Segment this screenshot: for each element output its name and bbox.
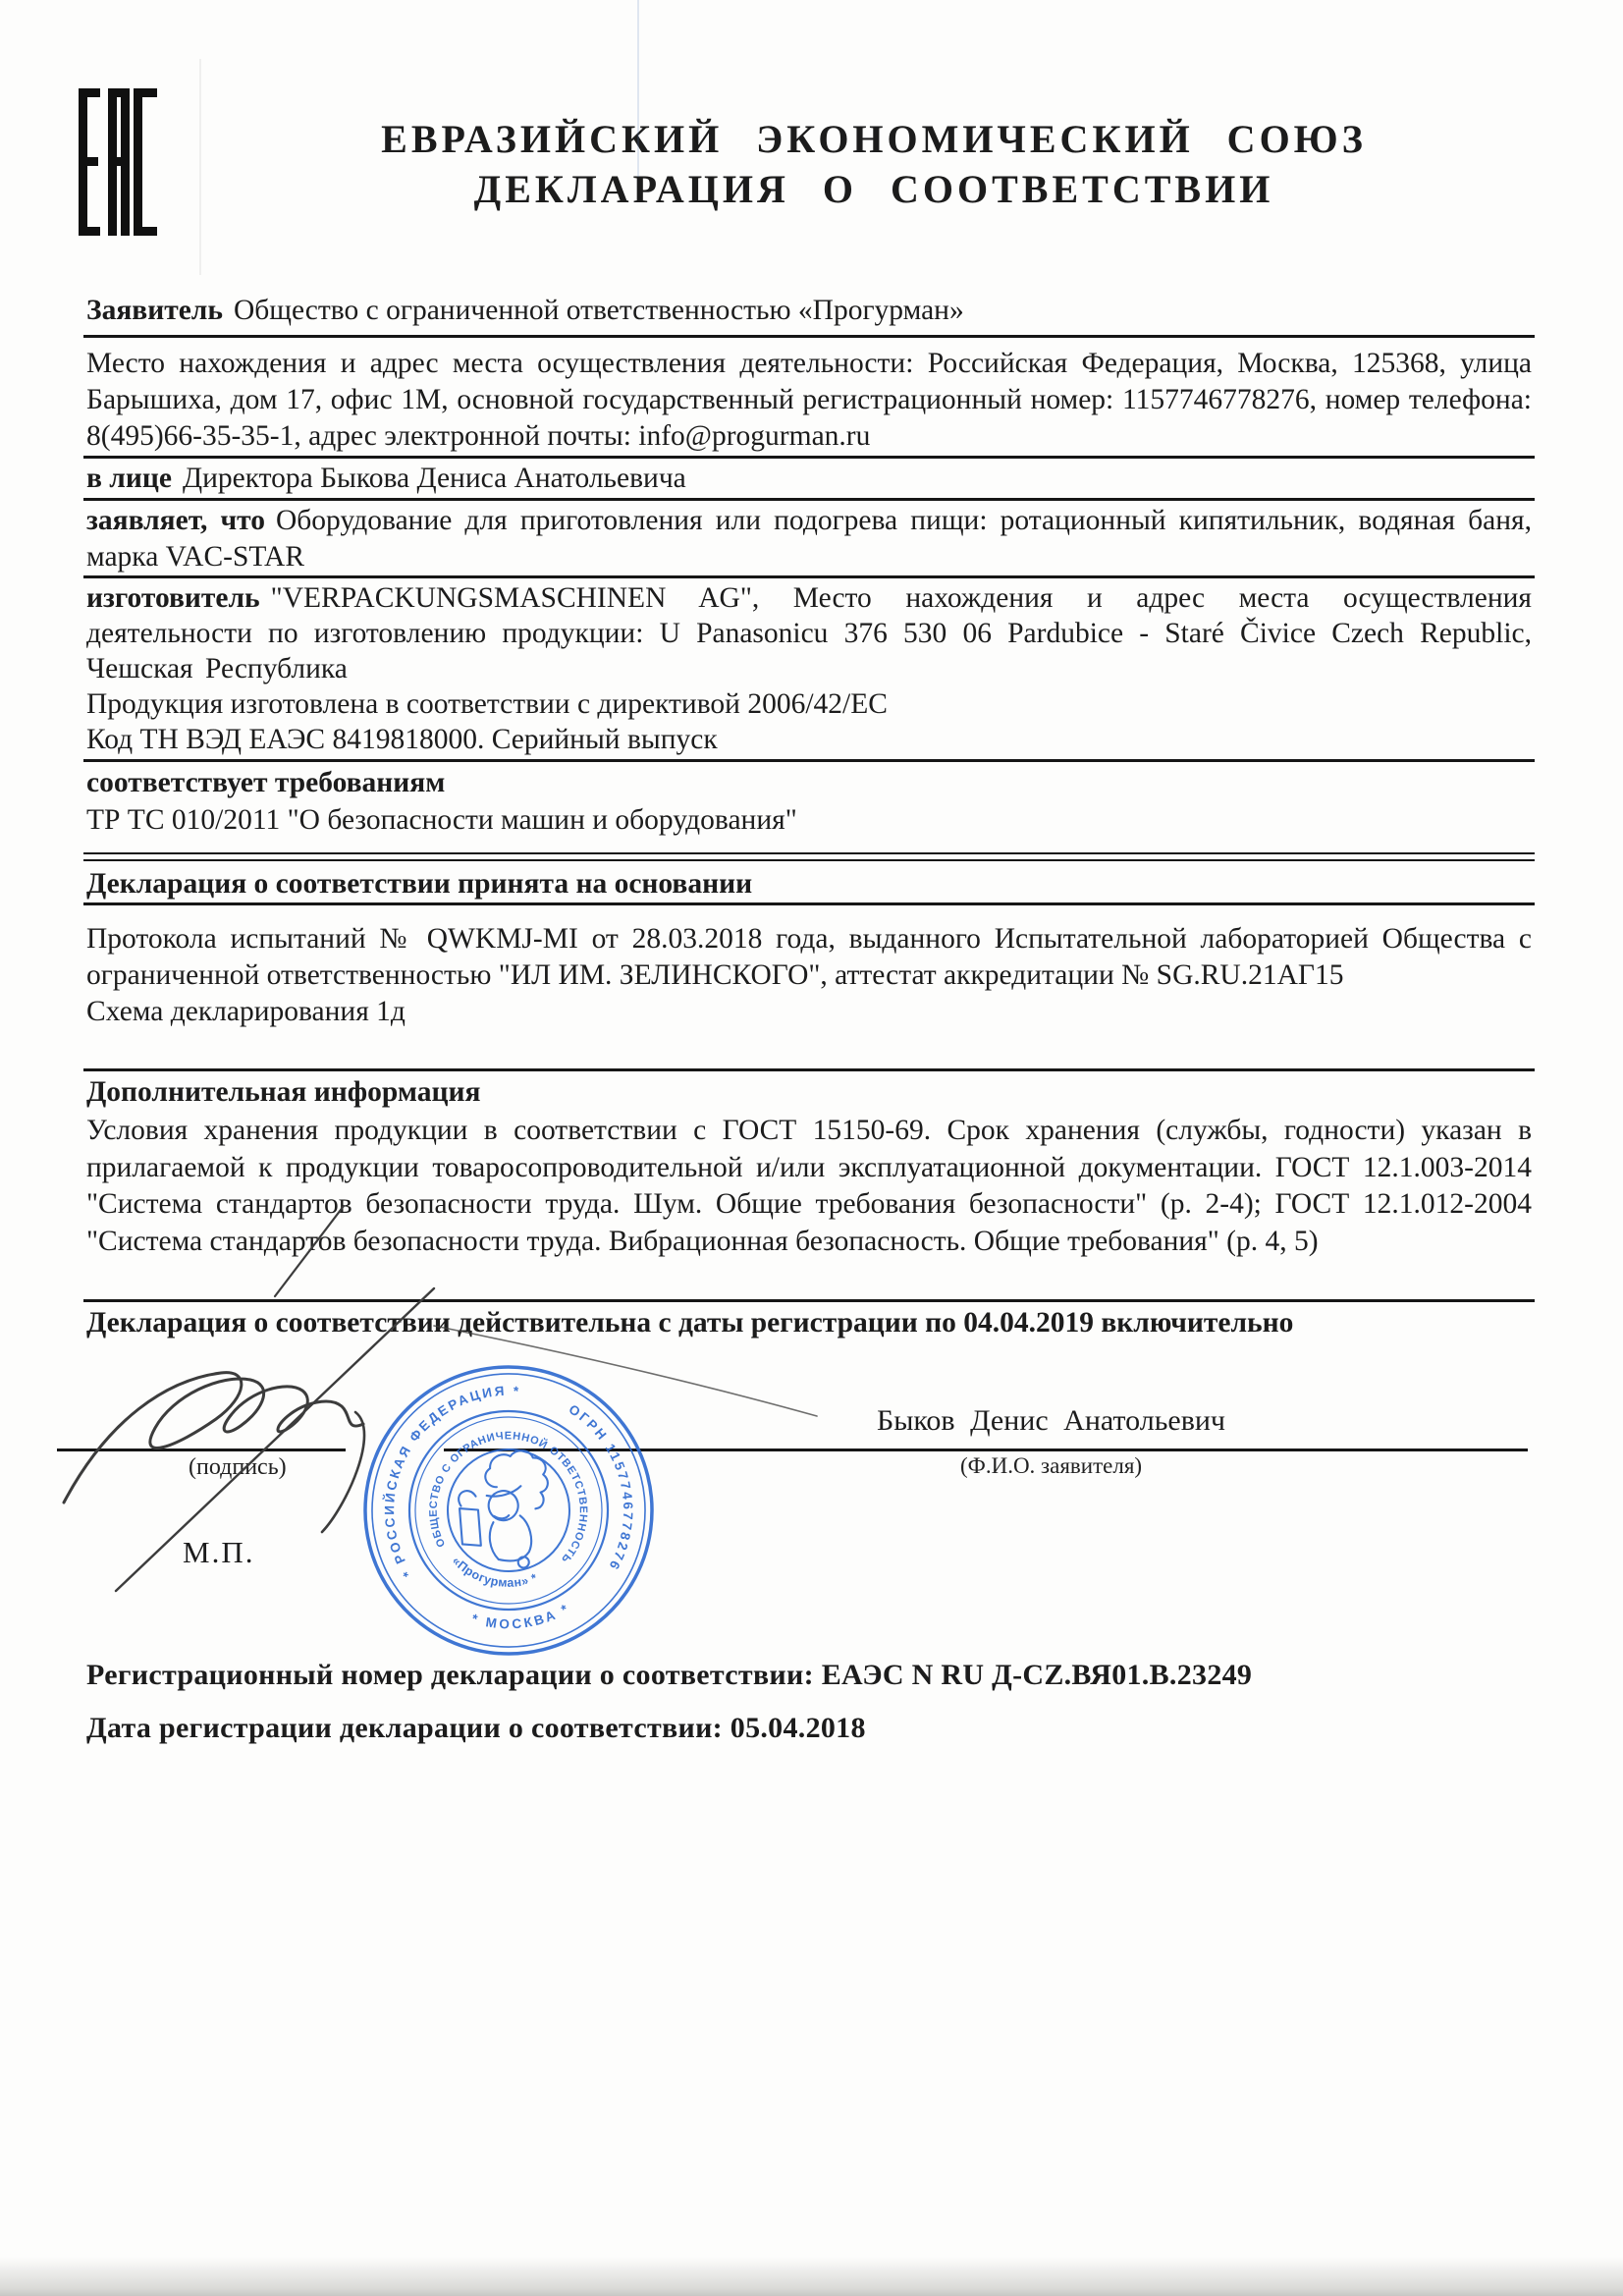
manufacturer-value: "VERPACKUNGSMASCHINEN AG", Место нахожде… (86, 582, 1532, 684)
applicant-value: Общество с ограниченной ответственностью… (234, 295, 964, 326)
document-title: ЕВРАЗИЙСКИЙ ЭКОНОМИЧЕСКИЙ СОЮЗ ДЕКЛАРАЦИ… (167, 114, 1581, 214)
declaration-document: ЕВРАЗИЙСКИЙ ЭКОНОМИЧЕСКИЙ СОЮЗ ДЕКЛАРАЦИ… (0, 0, 1623, 2296)
divider (83, 759, 1535, 762)
divider (83, 1068, 1535, 1071)
scan-edge-shadow (0, 2257, 1623, 2296)
scheme-line: Схема декларирования 1д (86, 994, 1532, 1030)
title-line-1: ЕВРАЗИЙСКИЙ ЭКОНОМИЧЕСКИЙ СОЮЗ (167, 114, 1581, 164)
divider-double (83, 852, 1535, 861)
basis-block: Протокола испытаний № QWKMJ-MI от 28.03.… (86, 921, 1532, 1030)
scan-streak (199, 59, 201, 275)
in-person-value: Директора Быкова Дениса Анатольевича (183, 463, 686, 494)
manufacturer-label: изготовитель (86, 582, 260, 614)
declares-value: Оборудование для приготовления или подог… (86, 505, 1532, 573)
divider (83, 335, 1535, 338)
applicant-label: Заявитель (86, 295, 223, 326)
manufacturer-paragraph: изготовитель"VERPACKUNGSMASCHINEN AG", М… (86, 580, 1532, 686)
divider (83, 902, 1535, 905)
applicant-line: ЗаявительОбщество с ограниченной ответст… (86, 293, 1532, 329)
address-paragraph: Место нахождения и адрес места осуществл… (86, 346, 1532, 455)
divider (83, 456, 1535, 459)
divider (83, 575, 1535, 578)
basis-heading: Декларация о соответствии принята на осн… (86, 866, 1532, 902)
basis-paragraph: Протокола испытаний № QWKMJ-MI от 28.03.… (86, 921, 1532, 994)
in-person-line: в лицеДиректора Быкова Дениса Анатольеви… (86, 461, 1532, 497)
registration-number-line: Регистрационный номер декларации о соотв… (86, 1659, 1559, 1692)
registration-date-line: Дата регистрации декларации о соответств… (86, 1712, 1559, 1745)
title-line-2: ДЕКЛАРАЦИЯ О СООТВЕТСТВИИ (167, 164, 1581, 214)
manufacturer-block: изготовитель"VERPACKUNGSMASCHINEN AG", М… (86, 580, 1532, 757)
additional-heading: Дополнительная информация (86, 1074, 1532, 1111)
declarant-name: Быков Денис Анатольевич (877, 1404, 1225, 1438)
eac-logo (79, 88, 157, 236)
declares-label: заявляет, что (86, 505, 265, 536)
divider (83, 498, 1535, 501)
complies-heading: соответствует требованиям (86, 765, 1532, 801)
handwritten-signature (39, 1178, 844, 1630)
tnved-line: Код ТН ВЭД ЕАЭС 8419818000. Серийный вып… (86, 722, 1532, 757)
declares-paragraph: заявляет, чтоОборудование для приготовле… (86, 503, 1532, 575)
directive-line: Продукция изготовлена в соответствии с д… (86, 686, 1532, 722)
complies-value: ТР ТС 010/2011 "О безопасности машин и о… (86, 802, 1532, 839)
in-person-label: в лице (86, 463, 172, 494)
scan-streak (637, 0, 639, 177)
declarant-name-caption: (Ф.И.О. заявителя) (960, 1453, 1142, 1479)
